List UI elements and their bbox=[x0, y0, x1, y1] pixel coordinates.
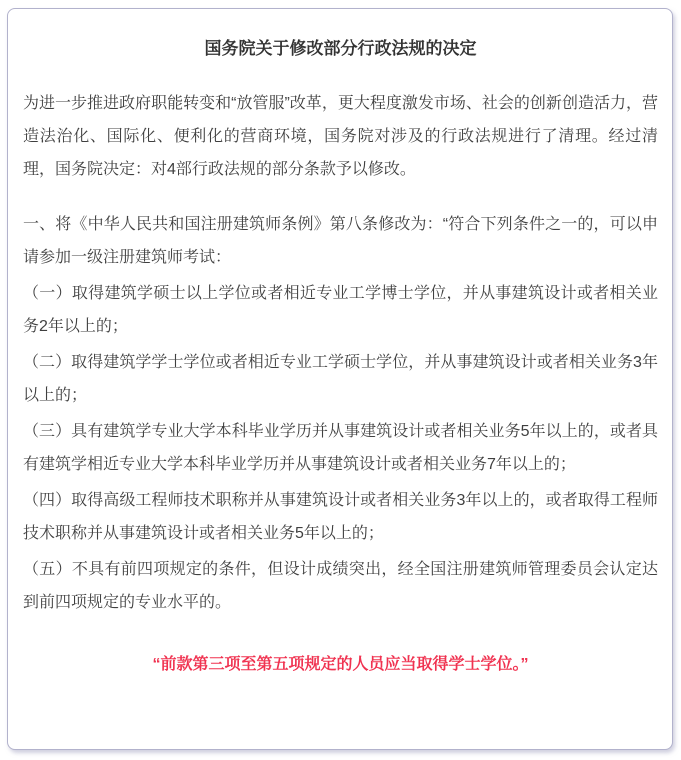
page-background: { "document": { "title": "国务院关于修改部分行政法规的… bbox=[0, 0, 681, 760]
paragraph-article-one: 一、将《中华人民共和国注册建筑师条例》第八条修改为：“符合下列条件之一的，可以申… bbox=[23, 208, 658, 274]
document-title: 国务院关于修改部分行政法规的决定 bbox=[23, 37, 658, 61]
paragraph-condition-1: （一）取得建筑学硕士以上学位或者相近专业工学博士学位，并从事建筑设计或者相关业务… bbox=[23, 277, 658, 343]
paragraph-condition-2: （二）取得建筑学学士学位或者相近专业工学硕士学位，并从事建筑设计或者相关业务3年… bbox=[23, 346, 658, 412]
paragraph-condition-5: （五）不具有前四项规定的条件，但设计成绩突出，经全国注册建筑师管理委员会认定达到… bbox=[23, 553, 658, 619]
paragraph-condition-3: （三）具有建筑学专业大学本科毕业学历并从事建筑设计或者相关业务5年以上的，或者具… bbox=[23, 415, 658, 481]
paragraph-intro: 为进一步推进政府职能转变和“放管服”改革，更大程度激发市场、社会的创新创造活力，… bbox=[23, 87, 658, 186]
paragraph-condition-4: （四）取得高级工程师技术职称并从事建筑设计或者相关业务3年以上的，或者取得工程师… bbox=[23, 484, 658, 550]
document-card: 国务院关于修改部分行政法规的决定 为进一步推进政府职能转变和“放管服”改革，更大… bbox=[7, 8, 673, 750]
highlight-note: “前款第三项至第五项规定的人员应当取得学士学位。” bbox=[23, 653, 658, 677]
